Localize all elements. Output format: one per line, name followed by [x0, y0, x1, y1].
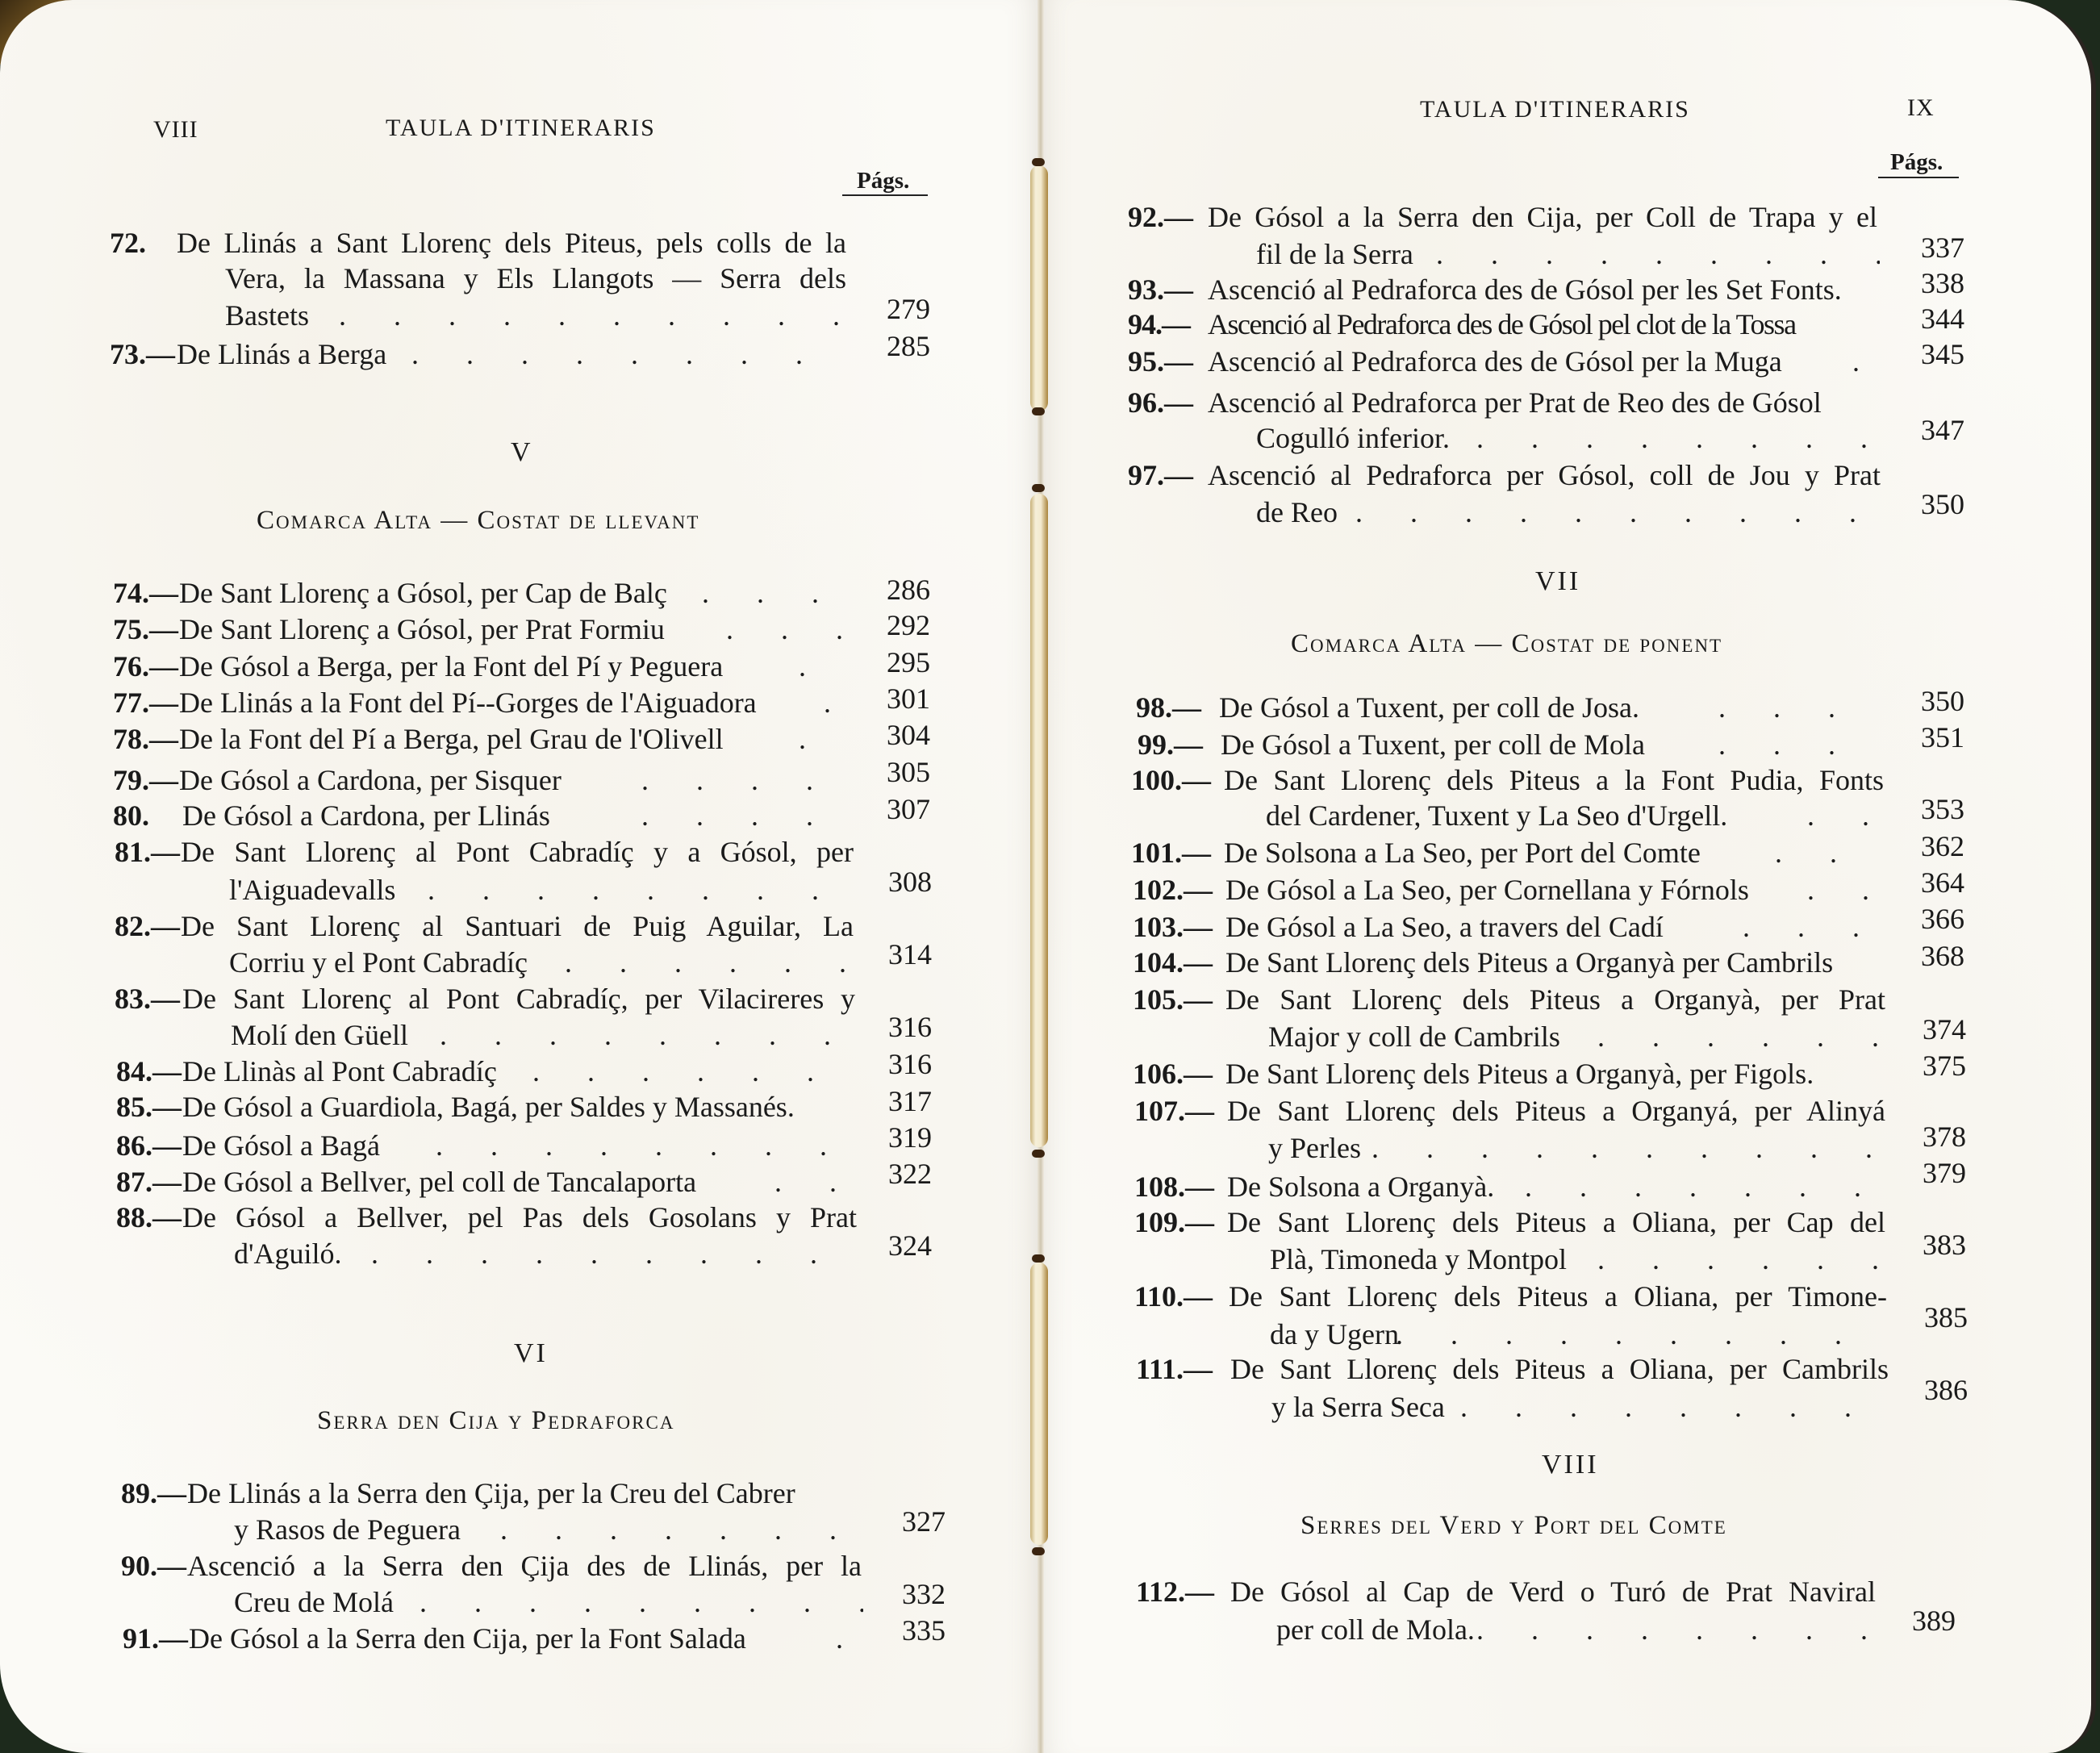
entry-text: De Sant Llorenç a Gósol, per Cap de Balç — [179, 576, 667, 610]
entry-text: Ascenció al Pedraforca per Gósol, coll d… — [1208, 458, 1881, 492]
page-number: 353 — [1892, 792, 1964, 826]
leader-dots: . . . . . — [1718, 691, 1880, 724]
page-number: 295 — [858, 645, 930, 679]
entry-number: 104.— — [1133, 945, 1213, 979]
entry-text: l'Aiguadevalls — [229, 873, 395, 907]
entry-text: De Gósol a Tuxent, per coll de Josa. — [1219, 691, 1639, 724]
leader-dots: . . . . . . . . . . . . . — [371, 1237, 851, 1271]
entry-number: 92.— — [1128, 200, 1193, 234]
entry-number: 83.— — [115, 982, 180, 1016]
entry-text: Plà, Timoneda y Montpol — [1270, 1242, 1567, 1276]
entry-number: 88.— — [116, 1200, 182, 1234]
page-number: 364 — [1892, 866, 1964, 899]
binding-knot — [1032, 1547, 1045, 1555]
page-number: 351 — [1892, 720, 1964, 754]
page-number: 332 — [873, 1577, 946, 1611]
leader-dots: . — [823, 686, 851, 720]
section-title: Serres del Verd y Port del Comte — [1300, 1509, 1727, 1542]
page-number: 308 — [859, 865, 932, 899]
page-number: 375 — [1893, 1049, 1966, 1083]
entry-text: De Gósol a Guardiola, Bagá, per Saldes y… — [182, 1090, 795, 1124]
entry-number: 96.— — [1128, 386, 1193, 419]
entry-number: 103.— — [1133, 910, 1213, 944]
binding-knot — [1032, 484, 1045, 492]
entry-text: del Cardener, Tuxent y La Seo d'Urgell. — [1266, 799, 1727, 833]
page-number: 305 — [858, 755, 930, 789]
binding-stitch — [1030, 165, 1048, 411]
page-number: 316 — [859, 1047, 932, 1081]
page-number: 317 — [859, 1084, 932, 1118]
entry-text: De Gósol a la Serra den Cija, per Coll d… — [1208, 200, 1877, 234]
leader-dots: . . . . . . — [641, 799, 851, 833]
binding-stitch — [1030, 1263, 1048, 1545]
entry-number: 102.— — [1133, 873, 1213, 907]
entry-number: 94.— — [1128, 307, 1190, 341]
entry-number: 99.— — [1138, 728, 1203, 762]
entry-text: Creu de Molá — [234, 1585, 394, 1619]
entry-text: De Solsona a Organyà. — [1227, 1170, 1494, 1204]
page-number: 362 — [1892, 829, 1964, 863]
page-number: 383 — [1893, 1228, 1966, 1262]
entry-text: Vera, la Massana y Els Llangots — Serra … — [225, 261, 846, 295]
entry-number: 79.— — [113, 763, 178, 797]
leader-dots: . . . . . . . . . . . . — [1436, 237, 1880, 271]
entry-text: De Sant Llorenç dels Piteus a Organyà, p… — [1225, 983, 1885, 1016]
entry-text: De Gósol a La Seo, a travers del Cadí — [1225, 910, 1664, 944]
entry-text: fil de la Serra — [1256, 237, 1413, 271]
leader-dots: . . . . . — [1718, 728, 1880, 762]
binding-knot — [1032, 158, 1045, 166]
entry-number: 80. — [113, 799, 149, 833]
page-number: 324 — [859, 1229, 932, 1263]
entry-text: d'Aguiló. — [234, 1237, 342, 1271]
entry-text: De Sant Llorenç al Pont Cabradíç, per Vi… — [182, 982, 855, 1016]
entry-text: da y Ugern — [1270, 1317, 1399, 1351]
entry-text: y la Serra Seca — [1271, 1390, 1445, 1424]
leader-dots: . . . . . . . . . . . — [440, 1018, 851, 1052]
page-number: 366 — [1892, 902, 1964, 936]
page-number: 347 — [1892, 413, 1964, 447]
pags-label: Págs. — [1890, 145, 1943, 179]
entry-text: De Sant Llorenç dels Piteus a Oliana, pe… — [1230, 1352, 1889, 1386]
entry-number: 93.— — [1128, 273, 1193, 307]
leader-dots: . . . . . — [702, 576, 851, 610]
binding-knot — [1032, 407, 1045, 415]
leader-dots: . . . — [774, 1165, 851, 1199]
entry-text: De Sant Llorenç dels Piteus a Oliana, pe… — [1227, 1205, 1885, 1239]
leader-dots: . . . . — [726, 612, 851, 646]
entry-text: Cogulló inferior. — [1256, 421, 1450, 455]
entry-text: De Llinás a la Serra den Çija, per la Cr… — [187, 1476, 795, 1510]
leader-dots: . . . . . . . . — [1597, 1242, 1884, 1276]
leader-dots: . . — [799, 649, 851, 683]
leader-dots: . — [1847, 344, 1880, 378]
leader-dots: . . . — [1775, 836, 1880, 870]
page-number: 322 — [859, 1157, 932, 1191]
page-number: 316 — [859, 1010, 932, 1044]
entry-text: De Gósol a Cardona, per Llinás — [182, 799, 550, 833]
pags-label: Págs. — [857, 164, 909, 198]
page-number: 338 — [1892, 266, 1964, 300]
entry-number: 112.— — [1136, 1575, 1214, 1609]
entry-number: 109.— — [1134, 1205, 1214, 1239]
entry-text: De Sant Llorenç al Santuari de Puig Agui… — [181, 909, 854, 943]
page-folio: VIII — [153, 113, 198, 147]
leader-dots: . . . . . . . . . . — [1525, 1170, 1884, 1204]
entry-text: De Solsona a La Seo, per Port del Comte — [1224, 836, 1701, 870]
leader-dots: . . . . . . . . . . . — [1460, 1390, 1884, 1424]
entry-text: De la Font del Pí a Berga, pel Grau de l… — [179, 722, 724, 756]
leader-dots: . . . . . . . . — [1597, 1020, 1884, 1054]
entry-text: Ascenció a la Serra den Çija des de Llin… — [187, 1549, 862, 1583]
entry-text: Corriu y el Pont Cabradíç — [229, 945, 528, 979]
entry-text: De Sant Llorenç dels Piteus a Oliana, pe… — [1229, 1279, 1887, 1313]
entry-text: y Rasos de Peguera — [234, 1513, 461, 1546]
leader-dots: . . . . . . . . . . . — [1476, 421, 1880, 455]
leader-dots: . . . . . . . . . . . . . . — [1355, 495, 1880, 529]
leader-dots: . . . . . . . . — [565, 945, 851, 979]
entry-text: Bastets — [225, 298, 309, 332]
entry-text: De Gósol a Tuxent, per coll de Mola — [1221, 728, 1645, 762]
leader-dots: . . . . — [1743, 910, 1880, 944]
entry-number: 75.— — [113, 612, 178, 646]
entry-number: 73.— — [110, 337, 175, 371]
entry-text: De Gósol a La Seo, per Cornellana y Fórn… — [1225, 873, 1749, 907]
entry-number: 97.— — [1128, 458, 1193, 492]
entry-text: De Gósol a Berga, per la Font del Pí y P… — [179, 649, 723, 683]
entry-number: 84.— — [116, 1054, 182, 1088]
entry-text: De Sant Llorenç dels Piteus a Organyà, p… — [1225, 1057, 1814, 1091]
entry-text: De Llinás a Sant Llorenç dels Piteus, pe… — [177, 226, 846, 260]
leader-dots: . . . . . . . . . . . . . . — [1371, 1131, 1884, 1165]
entry-text: De Sant Llorenç dels Piteus a la Font Pu… — [1224, 763, 1884, 797]
page-number: 379 — [1893, 1156, 1966, 1190]
entry-number: 74.— — [113, 576, 178, 610]
entry-number: 105.— — [1133, 983, 1213, 1016]
entry-text: Ascenció al Pedraforca per Prat de Reo d… — [1208, 386, 1822, 419]
page-number: 285 — [858, 329, 930, 363]
entry-number: 108.— — [1134, 1170, 1214, 1204]
leader-dots: . . . . . . . . . . . . . . . — [339, 298, 851, 332]
page-number: 385 — [1895, 1300, 1968, 1334]
page-number: 304 — [858, 718, 930, 752]
entry-text: Ascenció al Pedraforca des de Gósol per … — [1208, 273, 1842, 307]
leader-dots: . . . . . . — [641, 763, 851, 797]
entry-number: 81.— — [115, 835, 180, 869]
entry-text: De Gósol a Bagá — [182, 1129, 380, 1162]
page-number: 344 — [1892, 302, 1964, 336]
page-number: 368 — [1892, 939, 1964, 973]
entry-text: De Gósol a Bellver, pel Pas dels Gosolan… — [182, 1200, 857, 1234]
pags-rule — [842, 194, 928, 196]
leader-dots: . . . . . . . . . — [1476, 1613, 1872, 1647]
entry-text: Ascenció al Pedraforca des de Gósol pel … — [1208, 307, 1796, 341]
entry-number: 110.— — [1134, 1279, 1213, 1313]
leader-dots: . . . . . . . . . . . . — [428, 873, 851, 907]
page-number: 307 — [858, 792, 930, 826]
entry-number: 82.— — [115, 909, 180, 943]
entry-text: per coll de Mola. — [1276, 1613, 1475, 1647]
leader-dots: . . . . . . . . . . . . — [420, 1585, 863, 1619]
entry-text: De Gósol a la Serra den Cija, per la Fon… — [189, 1622, 746, 1655]
section-roman: VII — [1535, 565, 1580, 599]
leader-dots: . . — [799, 722, 851, 756]
section-title: Comarca Alta — Costat de ponent — [1291, 627, 1722, 661]
entry-text: De Llinás a la Font del Pí--Gorges de l'… — [179, 686, 757, 720]
entry-text: De Sant Llorenç dels Piteus a Organyá, p… — [1227, 1094, 1885, 1128]
entry-number: 72. — [110, 226, 146, 260]
entry-text: De Llinàs al Pont Cabradíç — [182, 1054, 497, 1088]
section-roman: VI — [514, 1337, 548, 1371]
leader-dots: . — [831, 1622, 863, 1655]
pags-rule — [1878, 177, 1959, 178]
entry-text: De Gósol a Cardona, per Sisquer — [179, 763, 562, 797]
running-title: TAULA D'ITINERARIS — [386, 111, 656, 145]
entry-number: 111.— — [1136, 1352, 1213, 1386]
entry-text: De Sant Llorenç al Pont Cabradíç y a Gós… — [181, 835, 854, 869]
page-number: 337 — [1892, 231, 1964, 265]
entry-number: 107.— — [1134, 1094, 1214, 1128]
entry-number: 77.— — [113, 686, 178, 720]
entry-text: De Llinás a Berga — [177, 337, 386, 371]
entry-text: De Sant Llorenç a Gósol, per Prat Formiu — [179, 612, 665, 646]
binding-stitch — [1030, 494, 1048, 1147]
running-title: TAULA D'ITINERARIS — [1420, 93, 1690, 127]
entry-text: Major y coll de Cambrils — [1268, 1020, 1560, 1054]
page-number: 292 — [858, 608, 930, 642]
page-number: 279 — [858, 292, 930, 326]
leader-dots: . . . . . . . . . . . — [436, 1129, 851, 1162]
page-number: 327 — [873, 1505, 946, 1538]
section-roman: VIII — [1542, 1448, 1599, 1482]
entry-number: 100.— — [1131, 763, 1211, 797]
page-number: 389 — [1883, 1604, 1956, 1638]
entry-number: 86.— — [116, 1129, 182, 1162]
entry-number: 85.— — [116, 1090, 182, 1124]
leader-dots: . . . . . . . . . . . . . — [411, 337, 851, 371]
entry-text: De Gósol al Cap de Verd o Turó de Prat N… — [1230, 1575, 1876, 1609]
page-number: 386 — [1895, 1373, 1968, 1407]
entry-number: 91.— — [123, 1622, 188, 1655]
binding-knot — [1032, 1150, 1045, 1158]
entry-number: 101.— — [1131, 836, 1211, 870]
page-number: 335 — [873, 1613, 946, 1647]
entry-text: De Sant Llorenç dels Piteus a Organyà pe… — [1225, 945, 1833, 979]
leader-dots: . . . . . . . . . . — [500, 1513, 863, 1546]
page-number: 378 — [1893, 1120, 1966, 1154]
entry-text: de Reo — [1256, 495, 1338, 529]
section-title: Serra den Cija y Pedraforca — [317, 1404, 674, 1438]
entry-number: 95.— — [1128, 344, 1193, 378]
entry-number: 76.— — [113, 649, 178, 683]
entry-number: 90.— — [121, 1549, 186, 1583]
page-number: 374 — [1893, 1012, 1966, 1046]
entry-number: 78.— — [113, 722, 178, 756]
page-number: 314 — [859, 937, 932, 971]
leader-dots: . . . . . . . . . . . . . — [1396, 1317, 1884, 1351]
page-folio: IX — [1907, 91, 1935, 125]
entry-text: De Gósol a Bellver, pel coll de Tancalap… — [182, 1165, 696, 1199]
page-number: 350 — [1892, 684, 1964, 718]
page-number: 350 — [1892, 487, 1964, 521]
binding-knot — [1032, 1254, 1045, 1263]
entry-text: Ascenció al Pedraforca des de Gósol per … — [1208, 344, 1782, 378]
entry-number: 89.— — [121, 1476, 186, 1510]
section-roman: V — [511, 436, 533, 470]
section-title: Comarca Alta — Costat de llevant — [257, 503, 699, 537]
page-number: 301 — [858, 682, 930, 716]
entry-text: y Perles — [1268, 1131, 1361, 1165]
leader-dots: . . — [1807, 799, 1880, 833]
page-number: 286 — [858, 573, 930, 607]
leader-dots: . . . . . . . . . — [532, 1054, 851, 1088]
entry-number: 106.— — [1133, 1057, 1213, 1091]
page-number: 319 — [859, 1121, 932, 1154]
page-number: 345 — [1892, 337, 1964, 371]
entry-text: Molí den Güell — [231, 1018, 408, 1052]
entry-number: 87.— — [116, 1165, 182, 1199]
leader-dots: . . — [1807, 873, 1880, 907]
